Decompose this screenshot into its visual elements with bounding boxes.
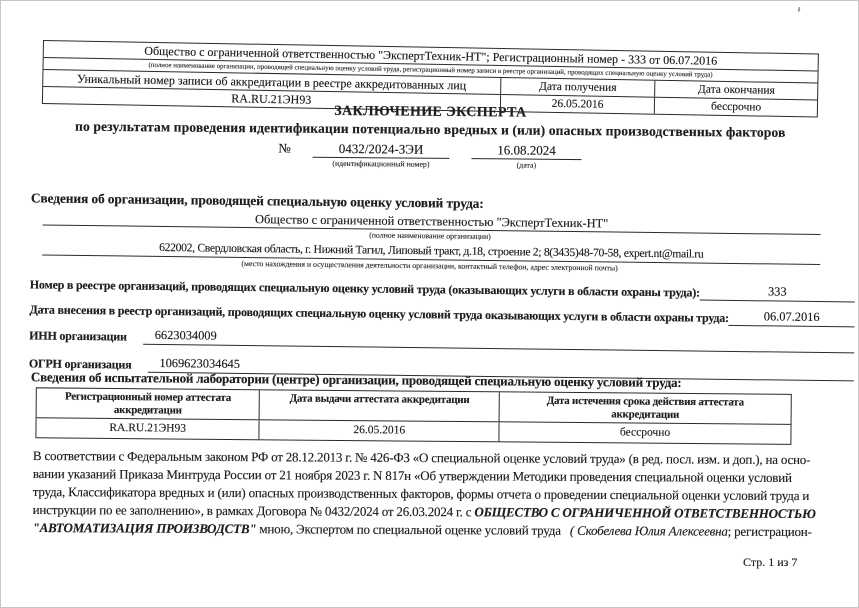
scanned-document-page: Общество с ограниченной ответственностью… [0,0,859,608]
attestation-issue-date-header-cell: Дата выдачи аттестата аккредитации [259,390,499,421]
identification-number-value: 0432/2024-ЗЭИ [313,141,450,159]
identification-number-caption: (идентификационный номер) [313,159,450,169]
paragraph-text: вании указаний Приказа Минтруда России о… [33,466,792,485]
laboratory-section: Сведения об испытательной лаборатории (ц… [0,369,859,445]
identification-number-field: 0432/2024-ЗЭИ (идентификационный номер) [313,141,450,169]
paragraph-text: В соответствии с Федеральным законом РФ … [33,448,810,467]
registry-date-value: 06.07.2016 [729,309,855,328]
registry-date-row: Дата внесения в реестр организаций, пров… [29,300,854,327]
laboratory-table: Регистрационный номер аттестата аккредит… [35,387,791,445]
attestation-issue-date-value-cell: 26.05.2016 [259,420,499,441]
document-number-row: № 0432/2024-ЗЭИ (идентификационный номер… [0,138,859,172]
paragraph-line-5: "АВТОМАТИЗАЦИЯ ПРОИЗВОДСТВ" мною, Экспер… [33,519,833,541]
number-sign: № [278,140,291,155]
attestation-number-value-cell: RA.RU.21ЭН93 [36,418,259,439]
inn-label: ИНН организации [29,328,127,344]
expert-name: ( Скобелева Юлия Алексеевна [570,523,728,539]
registry-date-label: Дата внесения в реестр организаций, пров… [29,302,729,326]
page-number-indicator: Стр. 1 из 7 [743,555,797,569]
registry-number-label: Номер в реестре организаций, проводящих … [30,277,700,300]
paragraph-text: мною, Экспертом по специальной оценке ус… [256,521,570,538]
title-block: ЗАКЛЮЧЕНИЕ ЭКСПЕРТА по результатам прове… [0,101,859,172]
inn-row: ИНН организации 6623034009 [29,326,854,353]
document-date-value: 16.08.2024 [471,142,582,160]
attestation-number-header-cell: Регистрационный номер аттестата аккредит… [37,388,260,419]
body-paragraph: В соответствии с Федеральным законом РФ … [33,447,833,541]
paragraph-text: инструкции по ее заполнению», в рамках Д… [33,502,475,519]
date-received-header-cell: Дата получения [500,78,655,97]
contracting-company-name: ОБЩЕСТВО С ОГРАНИЧЕННОЙ ОТВЕТСТВЕННОСТЬЮ [474,504,815,521]
contracting-company-name: "АВТОМАТИЗАЦИЯ ПРОИЗВОДСТВ" [33,520,257,536]
paragraph-text: ; регистрацион- [728,524,812,539]
registry-number-value: 333 [700,284,855,303]
document-date-caption: (дата) [471,160,582,170]
registry-number-row: Номер в реестре организаций, проводящих … [30,275,855,302]
inn-value: 6623034009 [143,328,855,354]
organization-section: Сведения об организации, проводящей спец… [0,190,859,381]
date-end-header-cell: Дата окончания [655,81,818,100]
document-date-field: 16.08.2024 (дата) [471,142,582,170]
attestation-expiry-value-cell: бессрочно [499,422,791,444]
attestation-expiry-header-cell: Дата истечения срока действия аттестата … [499,392,791,424]
paragraph-text: труда, Классификатора вредных и (или) оп… [33,484,809,503]
scan-artifact-mark [798,7,801,12]
